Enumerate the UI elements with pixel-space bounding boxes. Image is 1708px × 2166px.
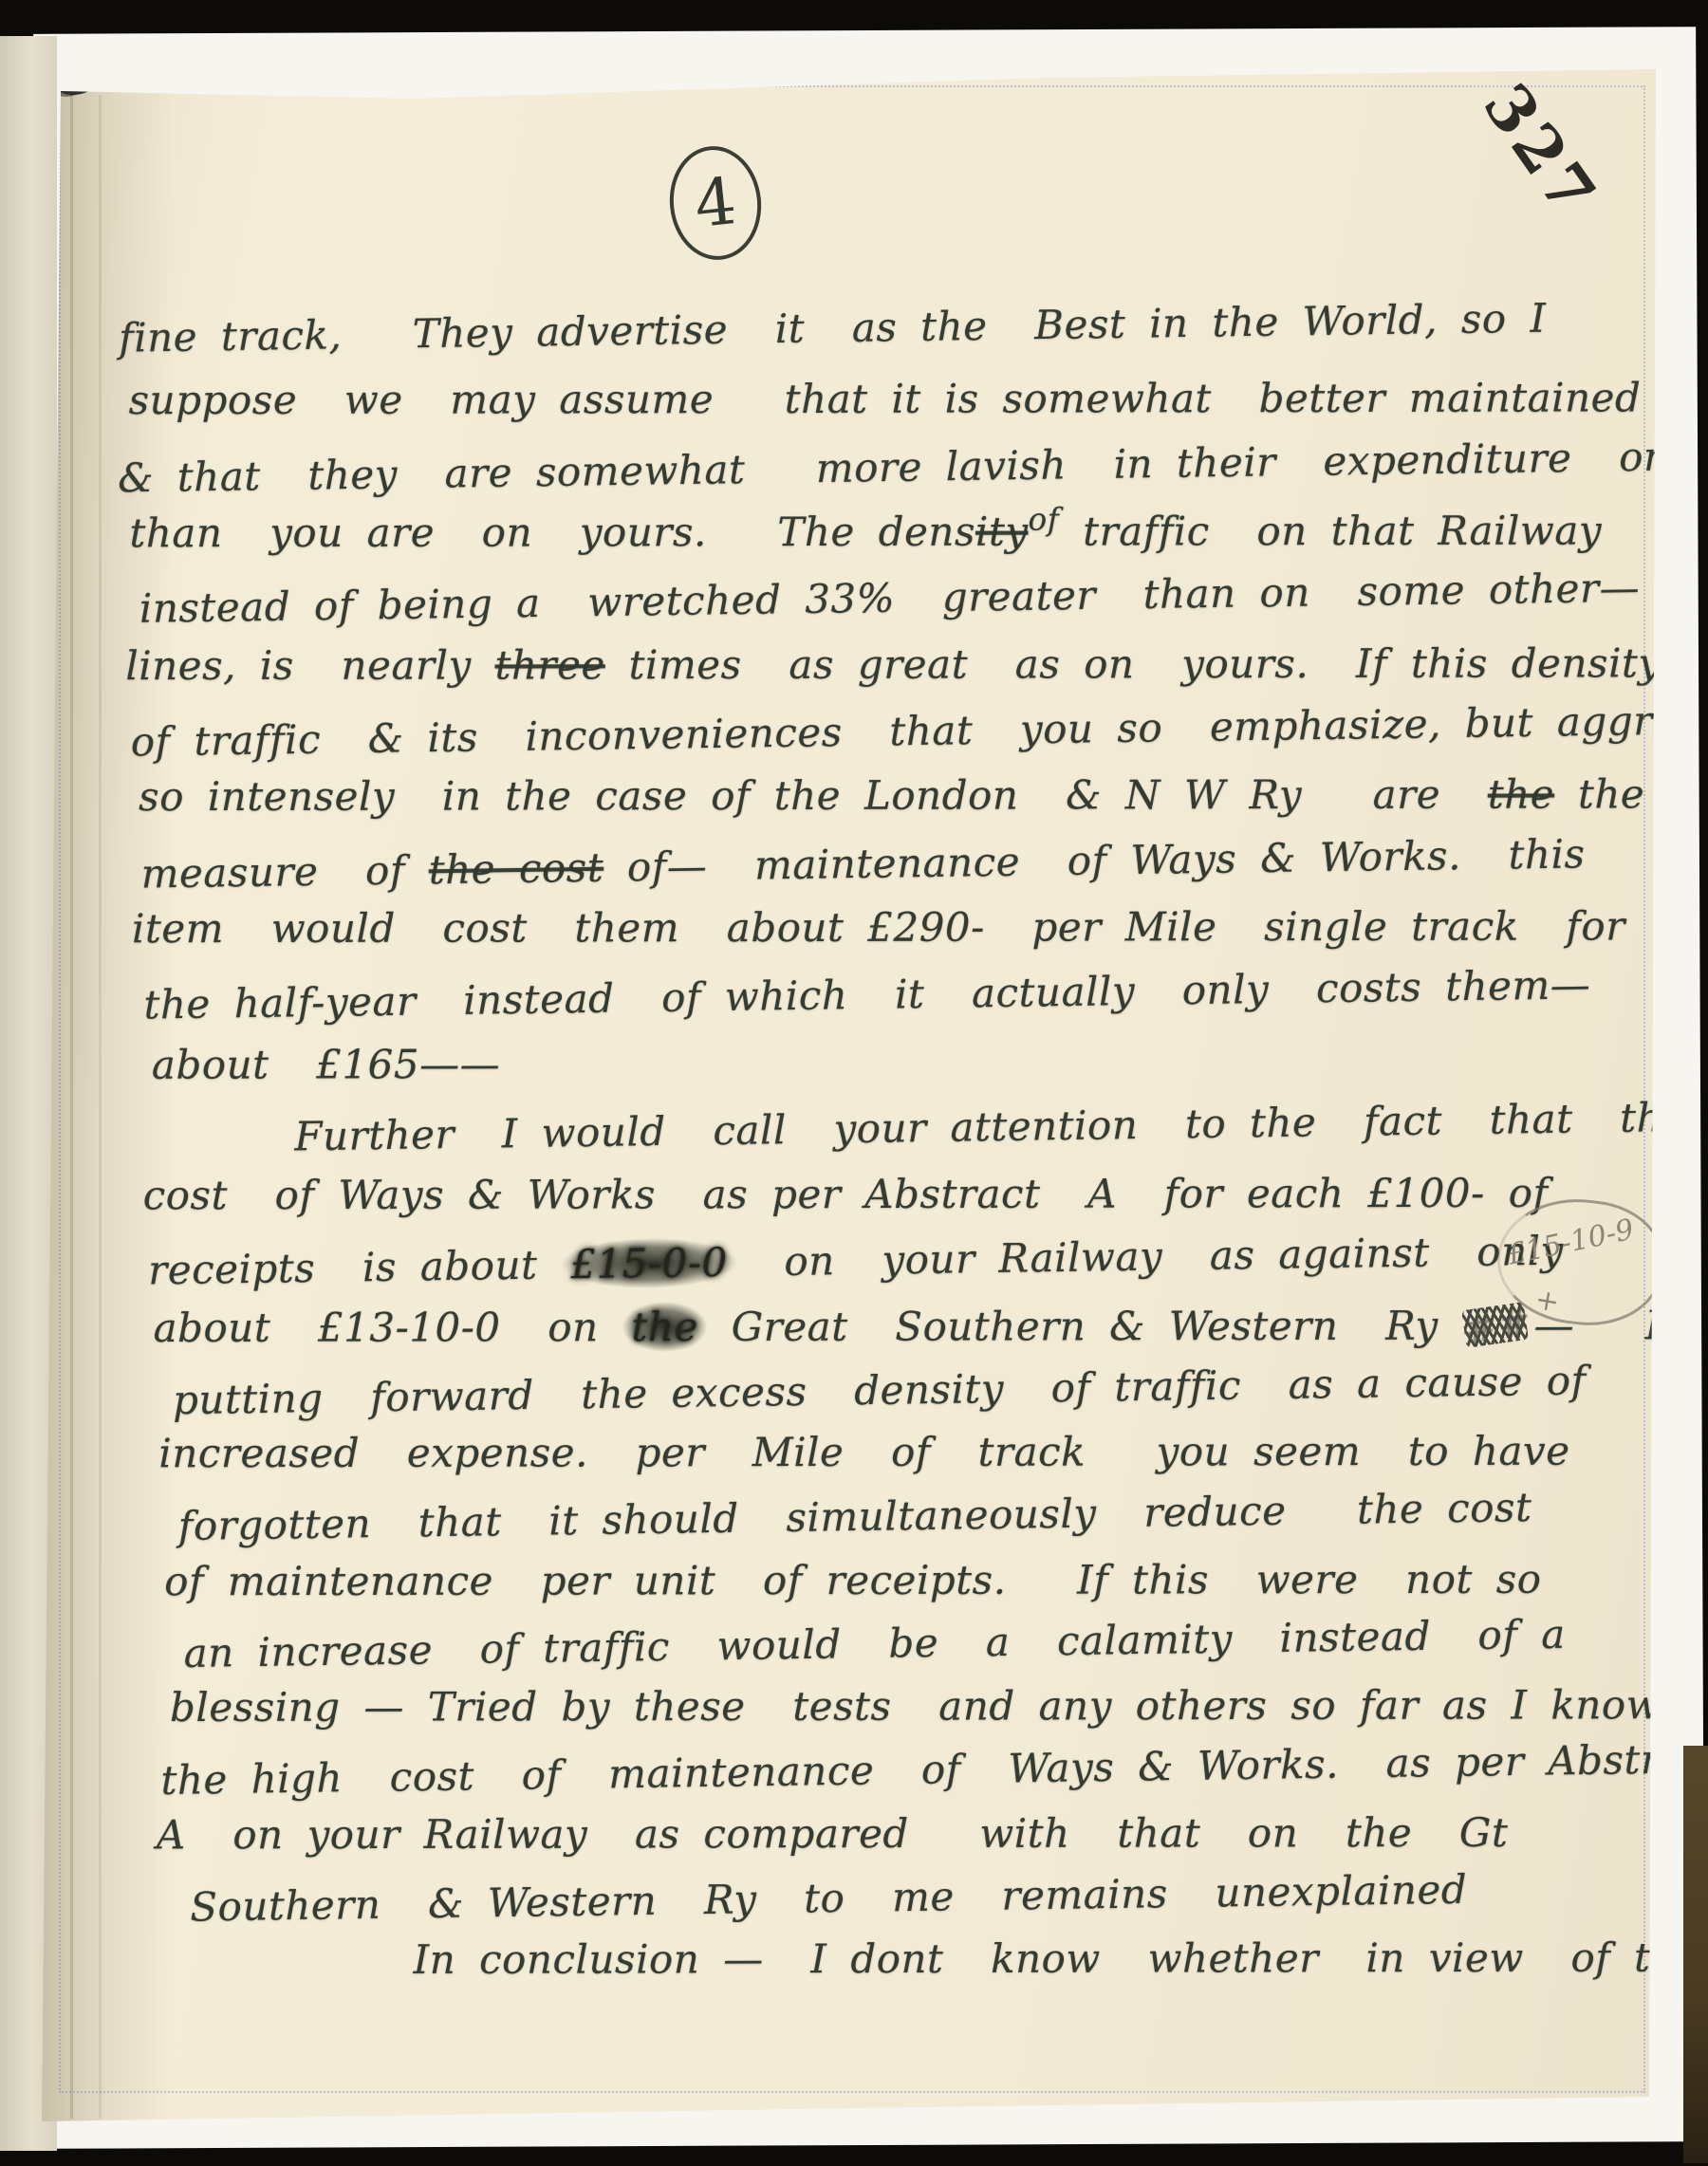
handwritten-line: about £165—— — [152, 1045, 500, 1085]
pencil-margin-note: £15-10-9 + — [1494, 1194, 1674, 1336]
handwritten-line: than you are on yours. The densityof tra… — [129, 511, 1602, 554]
handwritten-line: Southern & Western Ry to me remains unex… — [190, 1870, 1467, 1928]
handwritten-line: of traffic & its inconveniences that you… — [131, 699, 1708, 762]
handwritten-line: forgotten that it should simultaneously … — [178, 1488, 1532, 1546]
handwritten-line: blessing — Tried by these tests and any … — [170, 1685, 1661, 1728]
handwritten-line: the half-year instead of which it actual… — [143, 965, 1590, 1025]
handwritten-line: the high cost of maintenance of Ways & W… — [160, 1739, 1708, 1801]
book-block-edge — [1683, 1746, 1708, 2163]
handwritten-line: about £13-10-0 on the Great Southern & W… — [154, 1305, 1688, 1348]
handwritten-line: In conclusion — I dont know whether in v… — [414, 1938, 1701, 1980]
handwritten-line: of maintenance per unit of receipts. If … — [164, 1560, 1541, 1602]
handwritten-line: & that they are somewhat more lavish in … — [118, 436, 1708, 499]
handwritten-line: measure of the cost of— maintenance of W… — [140, 834, 1585, 894]
handwritten-line: receipts is about £15-0-0 on your Railwa… — [148, 1231, 1564, 1291]
handwritten-text-block: fine track, They advertise it as the Bes… — [0, 0, 1708, 2166]
handwritten-line: lines, is nearly three times as great as… — [125, 643, 1661, 686]
handwritten-line: fine track, They advertise it as the Bes… — [119, 299, 1547, 359]
handwritten-line: an increase of traffic would be a calami… — [183, 1615, 1566, 1674]
handwritten-line: cost of Ways & Works as per Abstract A f… — [143, 1174, 1549, 1216]
handwritten-line: suppose we may assume that it is somewha… — [129, 378, 1642, 420]
handwritten-line: putting forward the excess density of tr… — [173, 1361, 1587, 1420]
handwritten-line: increased expense. per Mile of track you… — [158, 1432, 1569, 1474]
manuscript-page: 327 4 fine track, They advertise it as t… — [0, 0, 1708, 2166]
handwritten-line: item would cost them about £290- per Mil… — [132, 906, 1625, 949]
handwritten-line: instead of being a wretched 33% greater … — [139, 568, 1641, 629]
handwritten-line: so intensely in the case of the London &… — [139, 774, 1644, 817]
handwritten-line: A on your Railway as compared with that … — [157, 1813, 1509, 1855]
handwritten-line: Further I would call your attention to t… — [294, 1098, 1687, 1157]
